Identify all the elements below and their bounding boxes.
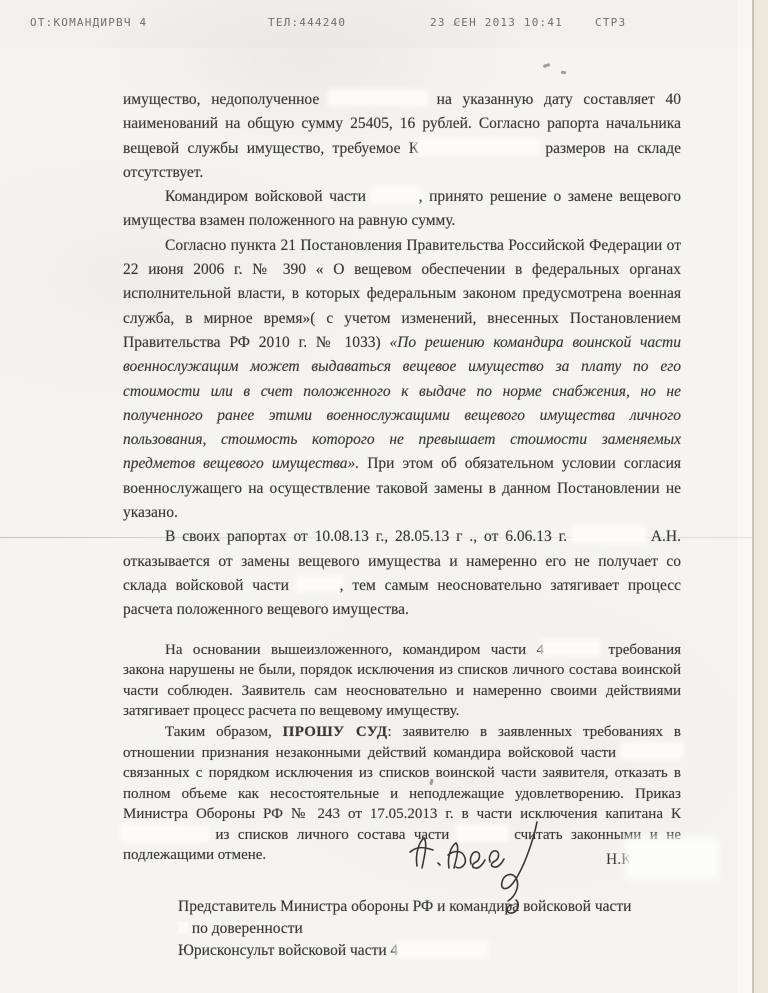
paragraph: имущество, недополученное на указанную д… (123, 88, 681, 185)
fax-sender: ОТ:КОМАНДИРВЧ 4 (30, 16, 147, 29)
signatory-initials: Н.К (606, 851, 631, 869)
redaction-box (419, 141, 537, 153)
handwritten-signature (403, 812, 573, 924)
fax-page-number: СТР3 (595, 16, 626, 29)
paragraph: Командиром войсковой части , принято реш… (123, 185, 681, 234)
text-run: Командиром войсковой части (165, 188, 373, 205)
fax-datetime: 23 СЕН 2013 10:41 (430, 16, 563, 29)
signature-authority-text: по доверенности (192, 920, 303, 937)
redaction-box (298, 578, 340, 590)
scan-speck (561, 71, 566, 75)
text-run: В своих рапортах от 10.08.13 г., 28.05.1… (165, 528, 574, 545)
signature-position-text: Юрисконсульт войсковой части 4 (178, 942, 398, 959)
redaction-box (178, 922, 188, 933)
text-run: «По решению командира воинской части вое… (123, 334, 681, 472)
paragraph: На основании вышеизложенного, командиром… (123, 640, 681, 722)
redaction-box (623, 745, 681, 757)
paragraph: Согласно пункта 21 Постановления Правите… (123, 234, 681, 526)
scan-speck (543, 63, 551, 68)
text-run: имущество, недополученное (123, 91, 330, 108)
text-run: связанных с порядком исключения из списк… (123, 765, 681, 822)
redaction-box (574, 529, 644, 541)
redaction-box (123, 827, 207, 839)
text-run: На основании вышеизложенного, командиром… (165, 642, 544, 658)
redaction-box (629, 842, 715, 876)
paragraph: Таким образом, ПРОШУ СУД: заявителю в за… (123, 722, 681, 866)
redaction-box (330, 92, 426, 104)
paragraph: В своих рапортах от 10.08.13 г., 28.05.1… (123, 525, 681, 622)
document-body: имущество, недополученное на указанную д… (123, 88, 681, 962)
scan-edge-strip (737, 0, 753, 993)
text-run: ПРОШУ СУД (283, 724, 388, 740)
scan-edge-margin (754, 0, 768, 993)
redaction-box (398, 943, 486, 955)
fax-phone: ТЕЛ:444240 (268, 16, 346, 29)
scanned-fax-page: ОТ:КОМАНДИРВЧ 4 ТЕЛ:444240 23 СЕН 2013 1… (0, 0, 768, 993)
redaction-box (544, 642, 598, 654)
signature-position-line: Юрисконсульт войсковой части 4 (178, 940, 681, 962)
redaction-box (373, 189, 419, 201)
fax-header: ОТ:КОМАНДИРВЧ 4 ТЕЛ:444240 23 СЕН 2013 1… (0, 0, 768, 48)
text-run: Таким образом, (165, 724, 283, 740)
